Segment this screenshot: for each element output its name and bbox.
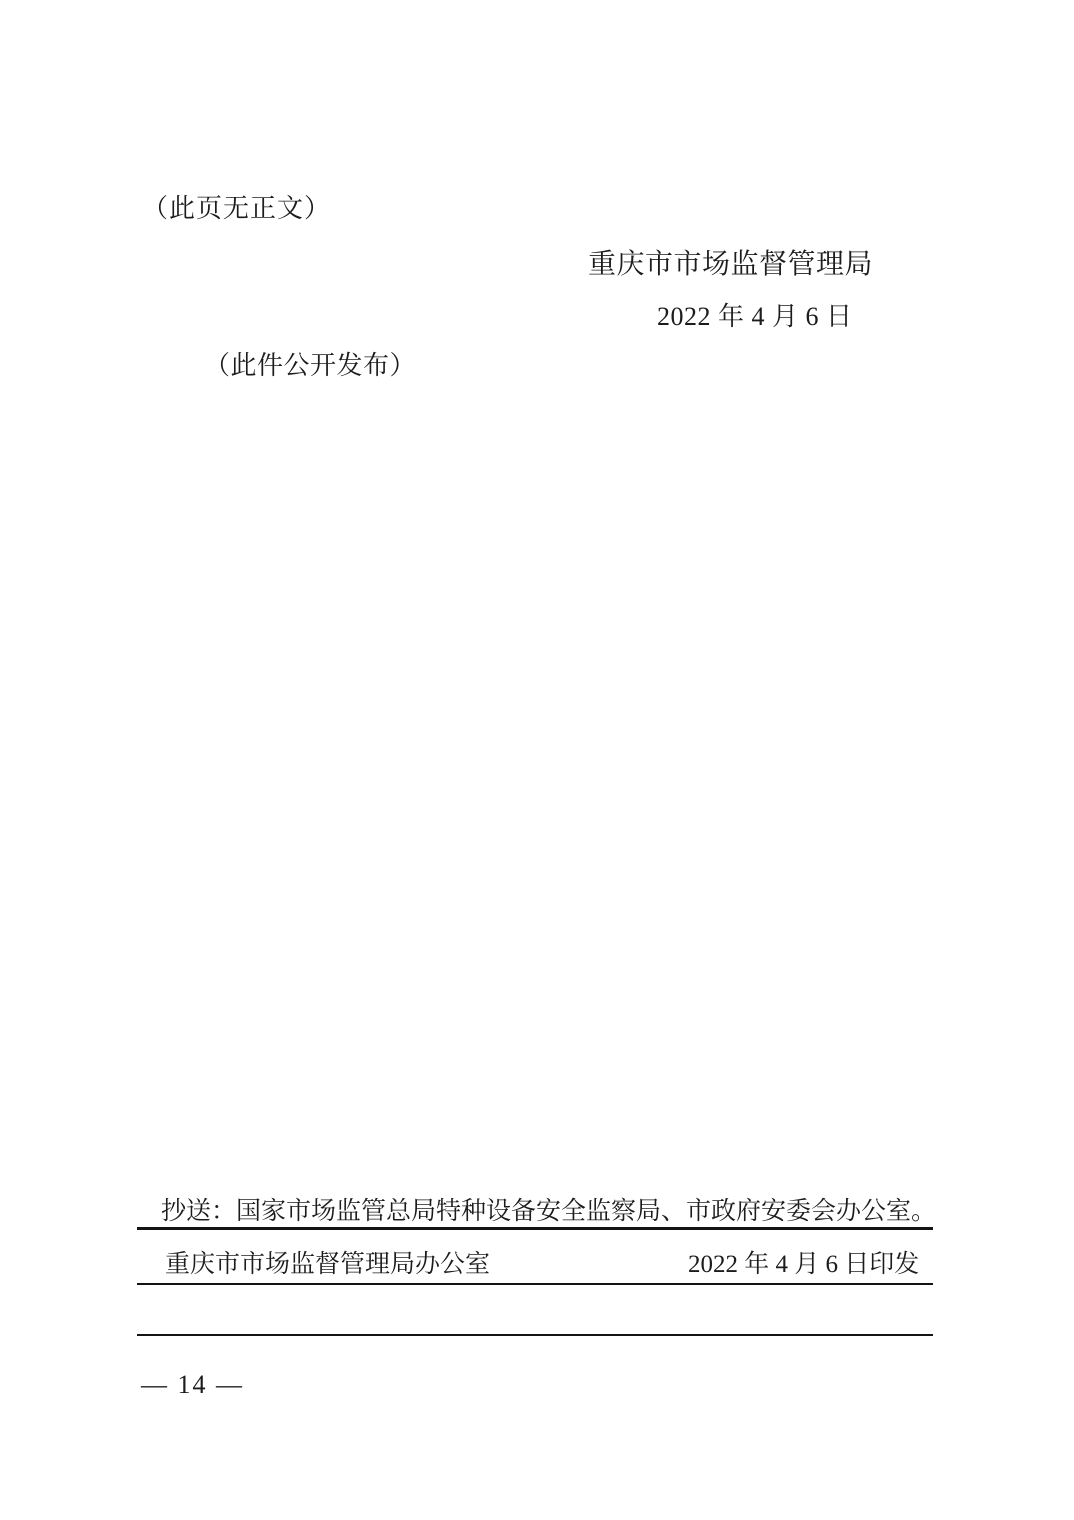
document-page: （此页无正文） 重庆市市场监督管理局 2022 年 4 月 6 日 （此件公开发… (0, 0, 1074, 1520)
issuing-authority: 重庆市市场监督管理局 (588, 251, 873, 279)
no-body-text-note: （此页无正文） (142, 196, 331, 222)
footer-divider-bottom (137, 1334, 933, 1336)
public-release-note: （此件公开发布） (204, 353, 416, 379)
footer-divider-middle (137, 1283, 933, 1285)
footer-divider-top (137, 1227, 933, 1230)
printing-date: 2022 年 4 月 6 日印发 (688, 1252, 919, 1277)
cc-recipients-line: 抄送：国家市场监管总局特种设备安全监察局、市政府安委会办公室。 (161, 1199, 936, 1224)
issue-date: 2022 年 4 月 6 日 (657, 304, 853, 330)
page-number: — 14 — (141, 1372, 244, 1398)
printing-office: 重庆市市场监督管理局办公室 (165, 1252, 490, 1277)
